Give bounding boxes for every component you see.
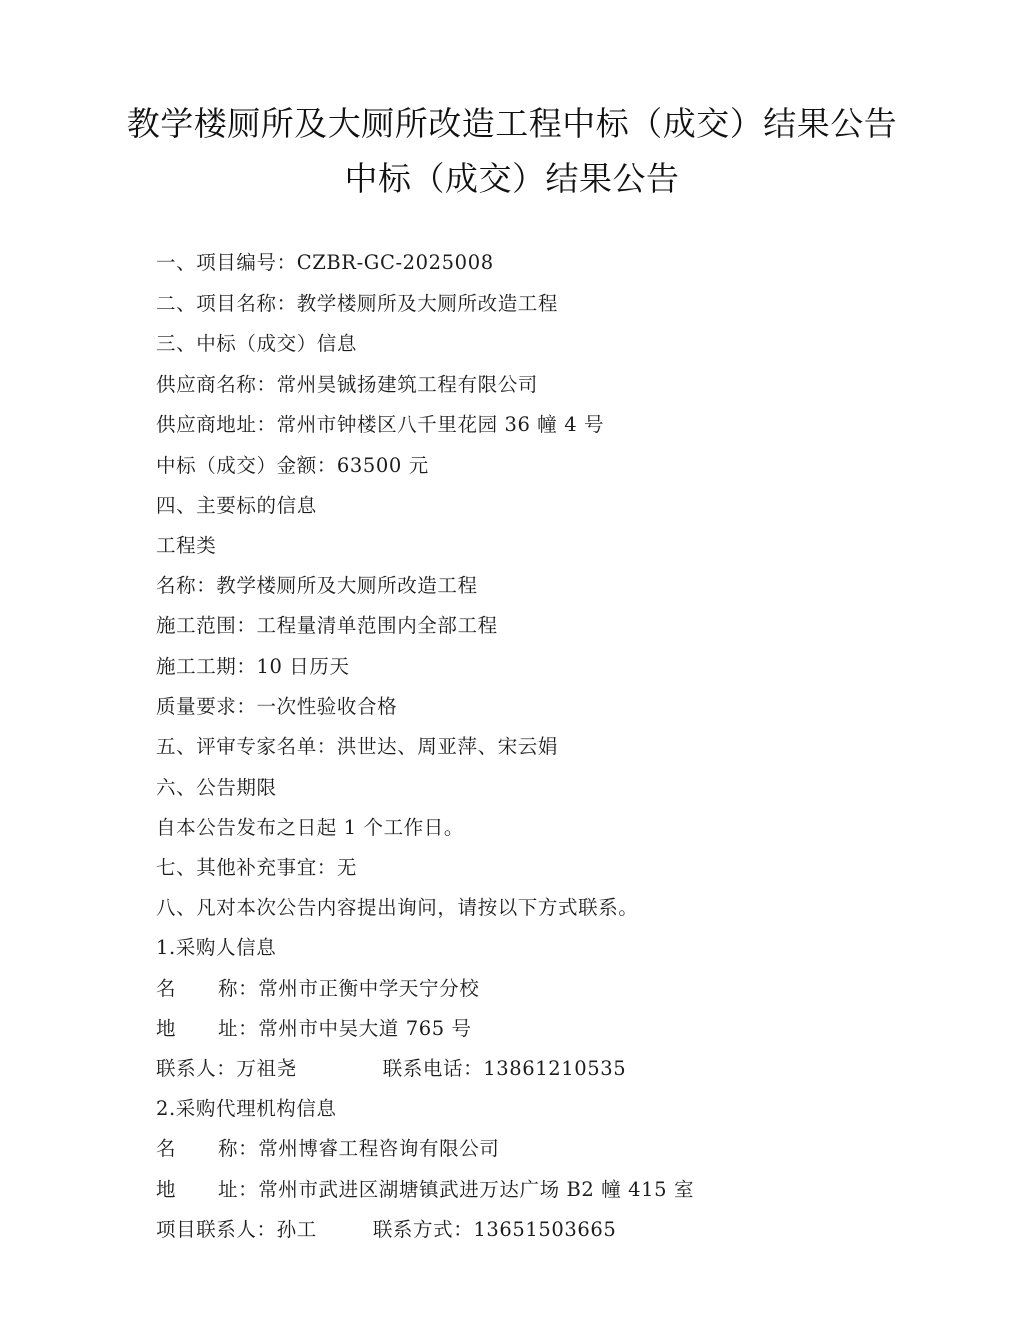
section-contact: 八、凡对本次公告内容提出询问，请按以下方式联系。 [156, 892, 638, 920]
purchaser-phone: 13861210535 [483, 1057, 626, 1080]
project-name: 二、项目名称：教学楼厕所及大厕所改造工程 [156, 288, 558, 316]
supplier-name: 供应商名称：常州昊铖扬建筑工程有限公司 [156, 369, 538, 397]
supplier-address: 供应商地址：常州市钟楼区八千里花园 36 幢 4 号 [156, 409, 604, 437]
project-number: 一、项目编号：CZBR-GC-2025008 [156, 247, 494, 275]
label-char: 名 [156, 1133, 218, 1161]
other-matters: 七、其他补充事宜：无 [156, 852, 357, 880]
agency-phone: 13651503665 [473, 1218, 616, 1241]
purchaser-address: 常州市中吴大道 765 号 [258, 1017, 471, 1040]
phone-label: 联系电话： [383, 1057, 484, 1080]
purchaser-heading: 1.采购人信息 [156, 932, 276, 960]
section-announcement-period: 六、公告期限 [156, 772, 277, 800]
phone-label: 联系方式： [373, 1218, 474, 1241]
document-subtitle: 中标（成交）结果公告 [0, 153, 1024, 200]
construction-scope: 施工范围：工程量清单范围内全部工程 [156, 610, 498, 638]
agency-heading: 2.采购代理机构信息 [156, 1093, 337, 1121]
label-char: 址： [218, 1017, 258, 1040]
construction-period: 施工工期：10 日历天 [156, 651, 350, 679]
section-award-info: 三、中标（成交）信息 [156, 328, 357, 356]
purchaser-address-row: 地址：常州市中吴大道 765 号 [156, 1013, 472, 1041]
label-char: 名 [156, 973, 218, 1001]
agency-contact-row: 项目联系人：孙工联系方式：13651503665 [156, 1214, 616, 1242]
purchaser-contact-row: 联系人：万祖尧联系电话：13861210535 [156, 1053, 626, 1081]
contact-label: 联系人： [156, 1057, 236, 1080]
agency-address: 常州市武进区湖塘镇武进万达广场 B2 幢 415 室 [258, 1178, 694, 1201]
label-char: 址： [218, 1178, 258, 1201]
subject-name: 名称：教学楼厕所及大厕所改造工程 [156, 570, 478, 598]
label-char: 称： [218, 977, 258, 1000]
announcement-period: 自本公告发布之日起 1 个工作日。 [156, 812, 464, 840]
contact-label: 项目联系人： [156, 1218, 277, 1241]
review-experts: 五、评审专家名单：洪世达、周亚萍、宋云娟 [156, 731, 558, 759]
agency-name: 常州博睿工程咨询有限公司 [258, 1137, 499, 1160]
purchaser-contact: 万祖尧 [236, 1057, 296, 1080]
purchaser-name: 常州市正衡中学天宁分校 [258, 977, 479, 1000]
agency-name-row: 名称：常州博睿工程咨询有限公司 [156, 1133, 499, 1161]
label-char: 地 [156, 1174, 218, 1202]
purchaser-name-row: 名称：常州市正衡中学天宁分校 [156, 973, 479, 1001]
section-main-subject: 四、主要标的信息 [156, 490, 317, 518]
agency-contact: 孙工 [277, 1218, 317, 1241]
label-char: 称： [218, 1137, 258, 1160]
subject-category: 工程类 [156, 530, 216, 558]
agency-address-row: 地址：常州市武进区湖塘镇武进万达广场 B2 幢 415 室 [156, 1174, 694, 1202]
award-amount: 中标（成交）金额：63500 元 [156, 450, 429, 478]
quality-requirement: 质量要求：一次性验收合格 [156, 691, 397, 719]
label-char: 地 [156, 1013, 218, 1041]
document-title: 教学楼厕所及大厕所改造工程中标（成交）结果公告 [0, 98, 1024, 145]
